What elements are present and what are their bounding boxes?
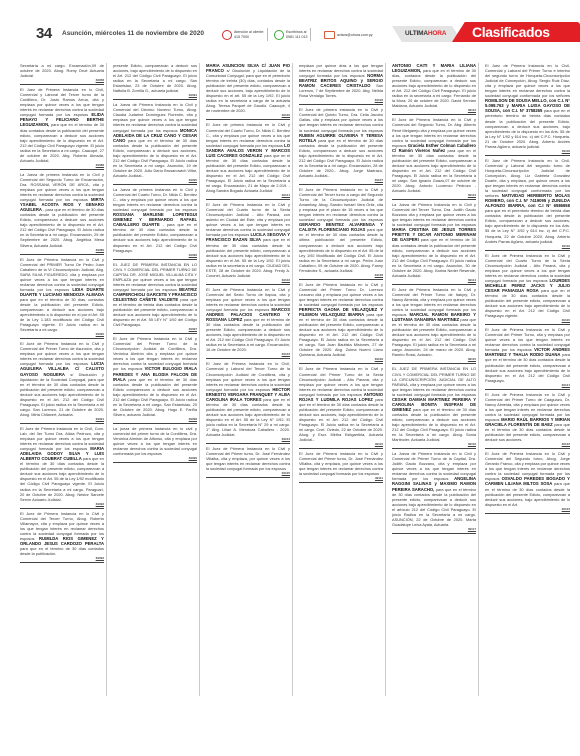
notice-text: El Juez de primera Instancia en lo Civil… bbox=[206, 122, 290, 147]
notice-id-stamp: 39089 bbox=[20, 248, 104, 252]
notice-text-continued: para que en el término de 30 días contad… bbox=[206, 153, 290, 193]
notice-text-continued: para que en el término de 30 días contad… bbox=[299, 312, 383, 357]
legal-notice: El Juez de Primera Instancia en lo Civil… bbox=[113, 336, 197, 424]
notice-text: El Juez de Primera Instancia en lo Civil… bbox=[485, 63, 570, 98]
legal-notice: El Juez de Primera Instancia en lo Civil… bbox=[485, 158, 570, 251]
notice-id-stamp: 39099 bbox=[113, 456, 197, 460]
legal-notice: El Juez de Primera Instancia en lo Civil… bbox=[20, 257, 104, 340]
legal-notice: El Juez de Primera Instancia en lo Civil… bbox=[206, 287, 290, 360]
notice-id-stamp: 39122 bbox=[485, 442, 570, 446]
notice-id-stamp: 39118 bbox=[485, 149, 570, 153]
legal-notice: El Juez de Primera Instancia en lo Civil… bbox=[206, 446, 290, 478]
section-title: Clasificados bbox=[472, 24, 550, 40]
notice-text-continued: para que en el término de 30 días contad… bbox=[485, 352, 570, 382]
legal-notice: Secretaría a mi cargo. Encarnación,09 de… bbox=[20, 63, 104, 85]
legal-notice: emplaza por quince días a los que tengan… bbox=[299, 63, 383, 105]
notice-text-continued: para que en el término de 30 días contad… bbox=[113, 377, 197, 417]
contact-value: 0981 111 013 bbox=[286, 35, 307, 39]
legal-notice: presente Edicto, comparezcan a deducir s… bbox=[113, 63, 197, 100]
legal-notice: La Jueza de primera Instancia en lo Civi… bbox=[20, 172, 104, 255]
notice-text-continued: para que en el término de 30 días contad… bbox=[299, 397, 383, 442]
notice-id-stamp: 39104 bbox=[206, 437, 290, 441]
notice-id-stamp: 39116 bbox=[392, 442, 476, 446]
column-3: MARIA ASUNCION SILVA C/ JUAN PIO FRANCO … bbox=[206, 63, 293, 696]
notice-text-continued: para que en el término de 30 días contad… bbox=[392, 148, 476, 193]
notice-id-stamp: 39101 bbox=[206, 193, 290, 197]
notice-id-stamp: 39106 bbox=[299, 98, 383, 102]
page-header: 34 Asunción, miércoles 11 de noviembre d… bbox=[0, 26, 580, 44]
notice-id-stamp: 39090 bbox=[20, 332, 104, 336]
notice-id-stamp: 39117 bbox=[392, 527, 476, 531]
notice-text-continued: para que en el término de 30 días contad… bbox=[20, 456, 104, 501]
whatsapp-icon bbox=[274, 30, 284, 40]
notice-id-stamp: 39105 bbox=[206, 471, 290, 475]
notice-text-continued: para que en el término de 30 días contad… bbox=[392, 317, 476, 357]
notice-id-stamp: 39107 bbox=[299, 178, 383, 182]
customer-service-contact: Atención al cliente:415 7000 bbox=[222, 28, 268, 41]
notice-text-continued: para que en el término de treinta días c… bbox=[113, 297, 197, 327]
legal-notice: La Jueza de Primera Instancia en lo Civi… bbox=[392, 451, 476, 534]
notice-text-continued: para que en el término de 30 días contad… bbox=[299, 227, 383, 272]
notice-id-stamp: 39098 bbox=[113, 417, 197, 421]
legal-notice: El Juez de Primera Instancia en lo Civil… bbox=[299, 451, 383, 483]
notice-id-stamp: 39120 bbox=[485, 318, 570, 322]
legal-notice: El Juez de Primera Instancia en lo Civil… bbox=[485, 63, 570, 156]
notice-text-continued: - para que en el término de 30 días cont… bbox=[113, 222, 197, 252]
notice-text: El Juez de Primera Instancia en lo Civil… bbox=[485, 158, 570, 198]
notice-text-continued: para que en el término de 30 días contad… bbox=[206, 237, 290, 277]
notice-text: La Jueza de primera Instancia en lo Civi… bbox=[113, 187, 197, 212]
legal-notice: MARIA ASUNCION SILVA C/ JUAN PIO FRANCO … bbox=[206, 63, 290, 120]
email-contact[interactable]: avisos@uhora.com.py bbox=[324, 28, 373, 41]
whatsapp-contact: Escribinos al0981 111 013 bbox=[274, 28, 311, 41]
notice-id-stamp: 39113 bbox=[392, 193, 476, 197]
column-1: Secretaría a mi cargo. Encarnación,09 de… bbox=[20, 63, 107, 696]
legal-notice: El Juez de Primera Instancia en lo Civil… bbox=[299, 366, 383, 449]
notice-id-stamp: 39121 bbox=[485, 383, 570, 387]
notice-id-stamp: 39097 bbox=[113, 327, 197, 331]
notice-id-stamp: 39092 bbox=[20, 502, 104, 506]
notice-text: El Juez de Primera Instancia en lo Civil… bbox=[299, 451, 383, 476]
notice-text-continued: para que en el perentorio término de tre… bbox=[485, 208, 570, 243]
column-5: ANTONIO CAITI Y MARIA LILIANA LEGUIZAMON… bbox=[392, 63, 479, 696]
notice-text: El Juez de Primera Instancia en lo Civil… bbox=[206, 446, 290, 471]
column-4: emplaza por quince días a los que tengan… bbox=[299, 63, 386, 696]
notice-id-stamp: 39111 bbox=[299, 476, 383, 480]
notice-id-stamp: 39100 bbox=[206, 113, 290, 117]
notice-text: El Juez de Primera Instancia en lo Civil… bbox=[299, 282, 383, 307]
legal-notice: El Juez de Primera Instancia en lo Civil… bbox=[20, 511, 104, 563]
notice-id-stamp: 39058 bbox=[20, 78, 104, 82]
phone-icon bbox=[222, 30, 232, 40]
notice-text-continued: para que en el término de 30 días, conta… bbox=[20, 297, 104, 332]
notice-id-stamp: 39110 bbox=[299, 442, 383, 446]
legal-notice: El Juez de primera Instancia en lo Civil… bbox=[206, 122, 290, 200]
notice-text: El Juez de Primera Instancia en lo Civil… bbox=[299, 187, 383, 222]
mail-icon bbox=[324, 31, 335, 39]
column-6: El Juez de Primera Instancia en lo Civil… bbox=[485, 63, 572, 696]
notice-text-continued: para que en el término de 30 días contad… bbox=[113, 138, 197, 178]
notice-text-continued: para que en el término de 30 días contad… bbox=[392, 487, 476, 527]
notice-text-continued: s/ Disolución y liquidación de la Socied… bbox=[20, 372, 104, 417]
legal-notice: El Juez de Primera Instancia en lo Civil… bbox=[20, 341, 104, 424]
notice-id-stamp: 39109 bbox=[299, 357, 383, 361]
classifieds-columns: Secretaría a mi cargo. Encarnación,09 de… bbox=[20, 63, 572, 696]
notice-text: Secretaría a mi cargo. Encarnación,09 de… bbox=[20, 63, 104, 78]
notice-text-continued: para que en el término de 30 días contad… bbox=[20, 546, 104, 556]
notice-text-continued: para que en el término de 30 días contad… bbox=[206, 397, 290, 437]
legal-notice: La Jueza de Primera Instancia en lo Civi… bbox=[392, 202, 476, 285]
legal-notice: EL JUEZ DE PRIMERA INSTANCIA EN LO CIVIL… bbox=[392, 366, 476, 449]
legal-notice: La Jueza de Primera Instancia en lo Civi… bbox=[113, 102, 197, 185]
notice-id-stamp: 39114 bbox=[392, 278, 476, 282]
contact-value: 415 7000 bbox=[234, 35, 249, 39]
notice-id-stamp: 39112 bbox=[392, 108, 476, 112]
legal-notice: El Juez de Primera Instancia en lo Civil… bbox=[392, 117, 476, 200]
notice-text-continued: para que en el término de 30 días, conta… bbox=[392, 68, 476, 108]
page-number: 34 bbox=[36, 25, 52, 42]
notice-text: presente Edicto, comparezcan a deducir s… bbox=[113, 63, 197, 93]
notice-id-stamp: 39095 bbox=[113, 178, 197, 182]
brand-logo: ULTIMAHORA bbox=[405, 30, 446, 37]
notice-id-stamp: 39123 bbox=[485, 507, 570, 511]
notice-text-continued: para que en el término de 30 días contad… bbox=[299, 138, 383, 178]
legal-notice: El Juez de Primera Instancia en lo Civil… bbox=[206, 361, 290, 444]
notice-id-stamp: 39088 bbox=[20, 163, 104, 167]
notice-id-stamp: 39103 bbox=[206, 352, 290, 356]
legal-notice: ANTONIO CAITI Y MARIA LILIANA LEGUIZAMON… bbox=[392, 63, 476, 115]
notice-text-continued: para que en el perentorio término de tre… bbox=[485, 108, 570, 148]
notice-text: La Jueza de Primera Instancia en lo Civi… bbox=[392, 202, 476, 227]
notice-text: EL JUEZ DE PRIMERA INSTANCIA EN LO CIVIL… bbox=[392, 366, 476, 396]
legal-notice: El Juez de Primera Instancia en lo Civil… bbox=[20, 426, 104, 509]
column-2: presente Edicto, comparezcan a deducir s… bbox=[113, 63, 200, 696]
notice-id-stamp: 39091 bbox=[20, 417, 104, 421]
legal-notice: La jueza de primera instancia en lo civi… bbox=[113, 426, 197, 463]
legal-notice: El Juez de Primera Instancia en lo Civil… bbox=[485, 253, 570, 326]
legal-notice: El Juez de Primera Instancia en lo Civil… bbox=[299, 282, 383, 365]
legal-notice: El Juez de Primera Instancia en lo Civil… bbox=[20, 87, 104, 170]
notice-id-stamp: 39094 bbox=[113, 93, 197, 97]
notice-id-stamp: 39108 bbox=[299, 273, 383, 277]
notice-text: El Juez de primera instancia en lo Civil… bbox=[299, 107, 383, 132]
legal-notice: El Juez de Primera Instancia en lo Civil… bbox=[392, 287, 476, 365]
notice-id-stamp: 39096 bbox=[113, 253, 197, 257]
notice-text-continued: para que en el término de 30 días contad… bbox=[392, 237, 476, 277]
legal-notice: La Jueza de primera Instancia en lo Civi… bbox=[113, 187, 197, 260]
legal-notice: El Juez de Primera Instancia en lo Civil… bbox=[485, 392, 570, 449]
notice-text-continued: para que en el término de 30 días contad… bbox=[206, 317, 290, 352]
notice-id-stamp: 39119 bbox=[485, 244, 570, 248]
notice-text-continued: s/ Disolución y Liquidación de la Comuni… bbox=[206, 68, 290, 113]
notice-text-continued: para que en el término de 30 días contad… bbox=[485, 288, 570, 318]
contact-value[interactable]: avisos@uhora.com.py bbox=[337, 30, 373, 40]
legal-notice: El Juez de Primera Instancia en lo Civil… bbox=[485, 451, 570, 514]
notice-id-stamp: 39102 bbox=[206, 278, 290, 282]
legal-notice: El Juez de Primera Instancia en lo Civil… bbox=[299, 187, 383, 280]
legal-notice: El Juez de Primera Instancia en lo Civil… bbox=[206, 202, 290, 285]
publication-date: Asunción, miércoles 11 de noviembre de 2… bbox=[62, 30, 204, 37]
notice-text-continued: - para que en el término de 30 días cont… bbox=[20, 207, 104, 247]
legal-notice: El Juez de primera instancia en lo Civil… bbox=[299, 107, 383, 185]
notice-text-continued: para que en el término de 30 días contad… bbox=[20, 122, 104, 162]
legal-notice: EL JUEZ DE PRIMERA INSTANCIA EN LO CIVIL… bbox=[113, 262, 197, 335]
legal-notice: El Juez de Primera Instancia en lo Civil… bbox=[485, 327, 570, 390]
notice-id-stamp: 39115 bbox=[392, 357, 476, 361]
notice-text-continued: para que en el término de 30 días contad… bbox=[392, 407, 476, 442]
notice-id-stamp: 39093 bbox=[20, 556, 104, 560]
notice-text: La jueza de primera instancia en lo civi… bbox=[113, 426, 197, 456]
